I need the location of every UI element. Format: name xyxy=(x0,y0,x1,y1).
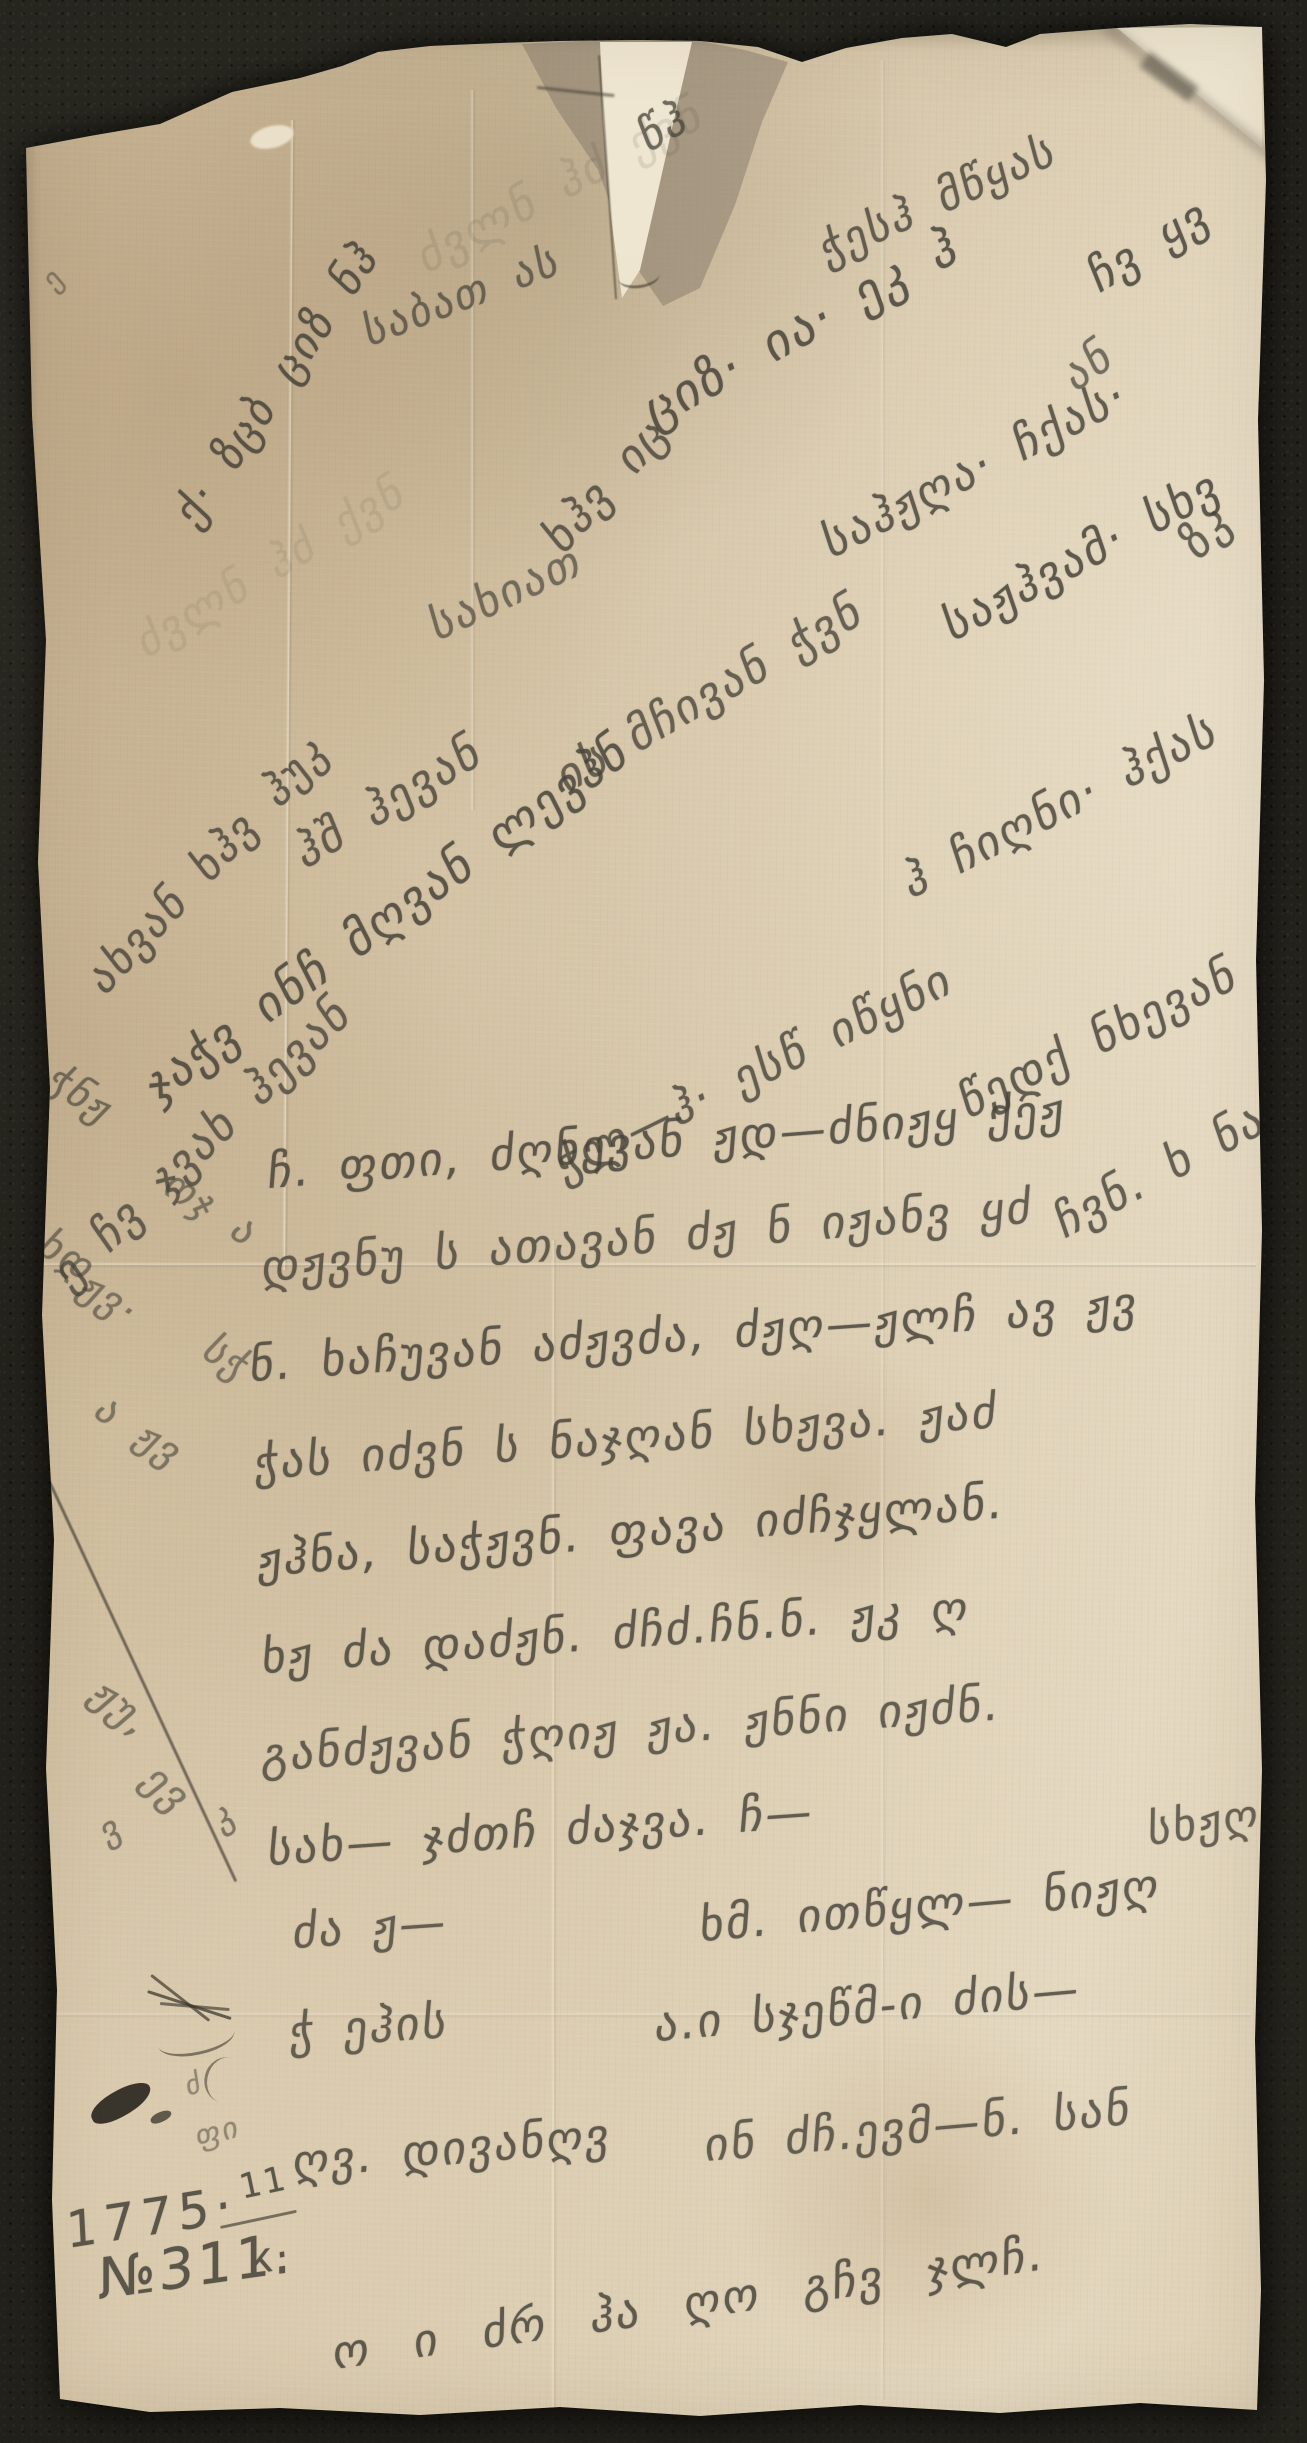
paper-shadow-wrap: ძვლნ ჰძ ქვნ ძვლნ ჰძ ქვნ ქ· ზცბ ციზ ნჰ ახ… xyxy=(0,0,1307,2443)
handwriting-line-body: ძა ჟ— xyxy=(291,1894,451,1959)
handwriting-line-body: ჭ ეჰის xyxy=(288,1994,451,2060)
manuscript-paper: ძვლნ ჰძ ქვნ ძვლნ ჰძ ქვნ ქ· ზცბ ციზ ნჰ ახ… xyxy=(0,0,1307,2443)
manuscript-scan: ძვლნ ჰძ ქვნ ძვლნ ჰძ ქვნ ქ· ზცბ ციზ ნჰ ახ… xyxy=(0,0,1307,2443)
left-edge-shading xyxy=(22,120,38,2410)
